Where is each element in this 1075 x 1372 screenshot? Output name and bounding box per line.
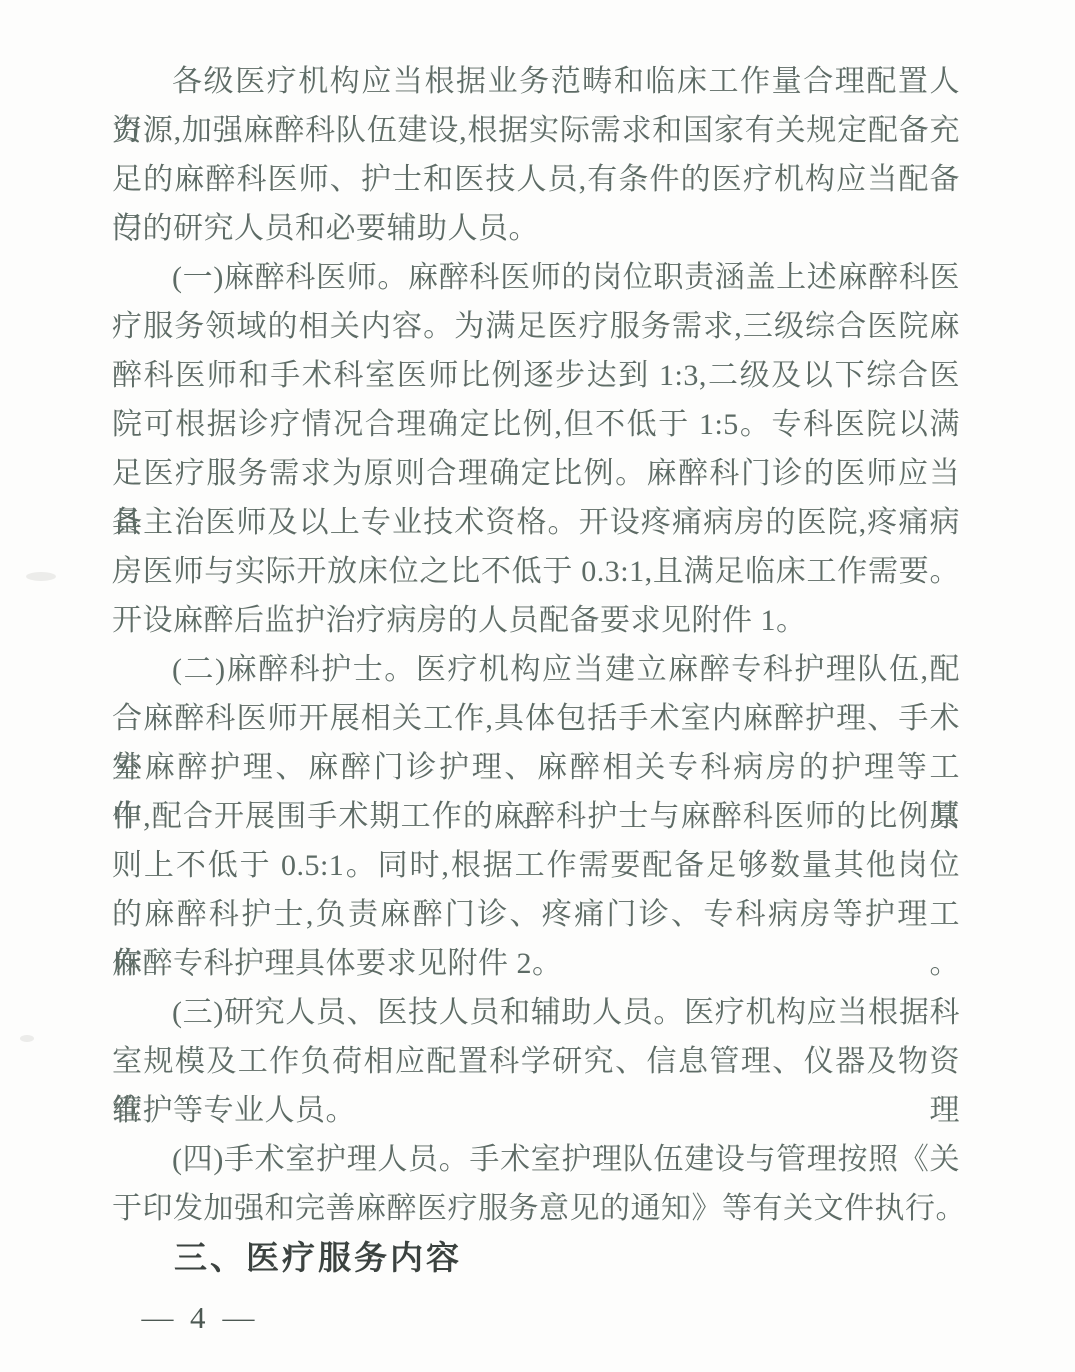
page-footer: — 4 — (143, 1300, 253, 1336)
body-line: 房医师与实际开放床位之比不低于 0.3:1,且满足临床工作需要。 (112, 547, 960, 596)
scan-artifact (20, 1035, 34, 1042)
body-line: (一)麻醉科医师。麻醉科医师的岗位职责涵盖上述麻醉科医 (112, 253, 960, 302)
body-line: 的麻醉科护士,负责麻醉门诊、疼痛门诊、专科病房等护理工作。 (112, 890, 960, 939)
document-body: 各级医疗机构应当根据业务范畴和临床工作量合理配置人力 资源,加强麻醉科队伍建设,… (112, 57, 960, 1282)
body-line: 则上不低于 0.5:1。同时,根据工作需要配备足够数量其他岗位 (112, 841, 960, 890)
body-line: 门的研究人员和必要辅助人员。 (112, 204, 960, 253)
body-line: (三)研究人员、医技人员和辅助人员。医疗机构应当根据科 (112, 988, 960, 1037)
body-line: (二)麻醉科护士。医疗机构应当建立麻醉专科护理队伍,配 (112, 645, 960, 694)
body-line: (四)手术室护理人员。手术室护理队伍建设与管理按照《关 (112, 1135, 960, 1184)
body-line: 疗服务领域的相关内容。为满足医疗服务需求,三级综合医院麻 (112, 302, 960, 351)
body-line: 足医疗服务需求为原则合理确定比例。麻醉科门诊的医师应当具 (112, 449, 960, 498)
document-page: 各级医疗机构应当根据业务范畴和临床工作量合理配置人力 资源,加强麻醉科队伍建设,… (0, 0, 1075, 1372)
footer-dash-left: — (142, 1302, 174, 1335)
footer-dash-right: — (222, 1302, 254, 1335)
body-line: 于印发加强和完善麻醉医疗服务意见的通知》等有关文件执行。 (112, 1184, 960, 1233)
body-line: 开设麻醉后监护治疗病房的人员配备要求见附件 1。 (112, 596, 960, 645)
body-line: 醉科医师和手术科室医师比例逐步达到 1:3,二级及以下综合医 (112, 351, 960, 400)
body-line: 院可根据诊疗情况合理确定比例,但不低于 1:5。专科医院以满 (112, 400, 960, 449)
body-line: 各级医疗机构应当根据业务范畴和临床工作量合理配置人力 (112, 57, 960, 106)
body-line: 足的麻醉科医师、护士和医技人员,有条件的医疗机构应当配备专 (112, 155, 960, 204)
body-line: 备主治医师及以上专业技术资格。开设疼痛病房的医院,疼痛病 (112, 498, 960, 547)
page-number: 4 (190, 1300, 206, 1336)
body-line: 室规模及工作负荷相应配置科学研究、信息管理、仪器及物资管理 (112, 1037, 960, 1086)
body-line: 中,配合开展围手术期工作的麻醉科护士与麻醉科医师的比例原 (112, 792, 960, 841)
section-heading: 三、医疗服务内容 (112, 1233, 960, 1282)
body-line: 外麻醉护理、麻醉门诊护理、麻醉相关专科病房的护理等工作。其 (112, 743, 960, 792)
body-line: 资源,加强麻醉科队伍建设,根据实际需求和国家有关规定配备充 (112, 106, 960, 155)
body-line: 合麻醉科医师开展相关工作,具体包括手术室内麻醉护理、手术室 (112, 694, 960, 743)
scan-artifact (26, 572, 56, 581)
